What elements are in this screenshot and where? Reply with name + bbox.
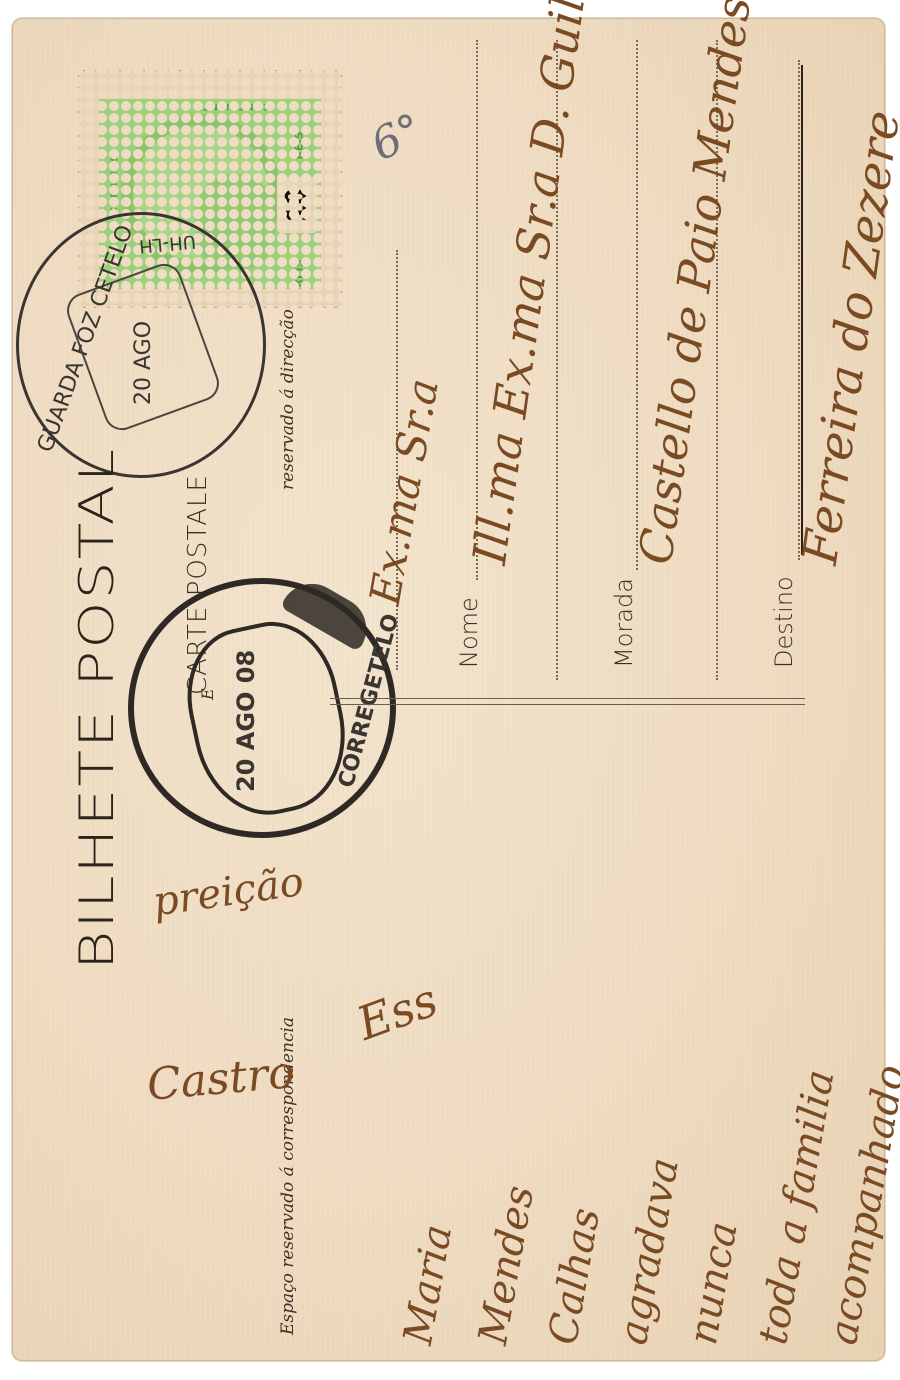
divider-line — [330, 698, 805, 699]
postmark-date: 20 AGO 08 — [232, 650, 260, 792]
address-note: reservado á direcção — [278, 309, 298, 490]
address-line-destino — [798, 60, 800, 560]
stamp-currency-top: REIS — [293, 132, 306, 160]
field-label-destino: Destino — [770, 576, 798, 668]
postmark-date-box — [174, 610, 360, 827]
field-label-nome: Nome — [455, 597, 483, 668]
stamp-currency-bottom: REIS — [293, 260, 306, 288]
stamp-region: CONTINENTE — [195, 101, 270, 111]
stamp-country: CORREIOS — [110, 154, 120, 214]
stamp-value: 10 — [277, 177, 317, 233]
card-title: BILHETE POSTAL — [70, 447, 125, 970]
postmark-date: 20 AGO — [131, 321, 156, 405]
postmark-line: UH-LH — [138, 231, 196, 257]
field-label-morada: Morada — [610, 578, 638, 668]
divider-line-2 — [330, 704, 805, 705]
postmark-arrival: 20 AGO 08 CORREGETELO — [128, 578, 396, 838]
postmark-circular: 20 AGO GUARDA FOZ CETELO UH-LH — [16, 212, 266, 478]
